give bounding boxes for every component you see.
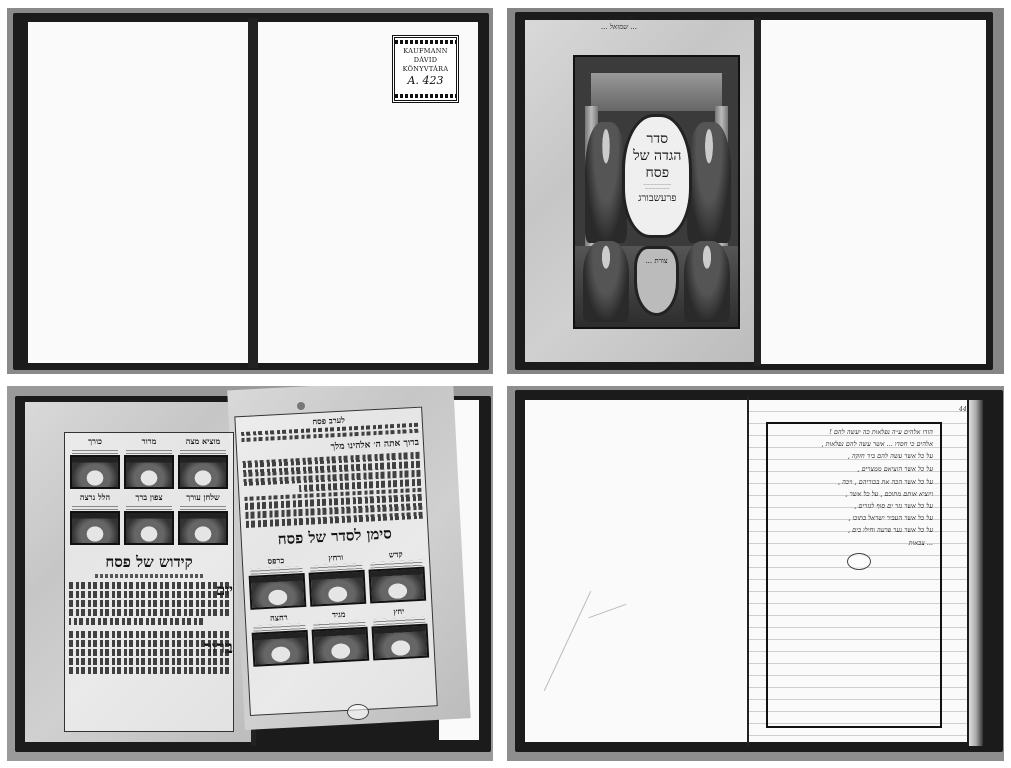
text-line xyxy=(69,600,229,607)
text-line xyxy=(69,631,229,638)
instruction-text xyxy=(180,448,226,454)
figure-aaron xyxy=(585,122,627,244)
left-page-print-block: מוציא מצה מרור כורך שלחן עורך צפון xyxy=(64,432,234,732)
imprint-place: פרעשבורג xyxy=(625,190,689,207)
title-cartouche: סדר הגדה של פסח ———————— ——————— פרעשבור… xyxy=(622,114,692,238)
seder-step-motzi-matzah: מוציא מצה xyxy=(178,436,228,455)
book-gutter xyxy=(754,18,761,366)
text-line xyxy=(69,658,229,665)
figure-solomon xyxy=(583,241,629,322)
engraved-frontispiece: סדר הגדה של פסח ———————— ——————— פרעשבור… xyxy=(573,55,740,329)
folio-number: 44 xyxy=(959,406,967,413)
book-gutter xyxy=(248,18,258,368)
stamp-line-1: KAUFMANN xyxy=(395,47,456,56)
seder-step-shulchan-orech: שלחן עורך xyxy=(178,492,228,511)
seder-step-tzafun-barech: צפון ברך xyxy=(124,492,174,511)
kiddush-subtitle xyxy=(95,574,203,578)
instruction-text xyxy=(126,504,172,510)
seder-step-korech: כורך xyxy=(70,436,120,455)
left-endpaper xyxy=(28,22,248,363)
architectural-pediment xyxy=(591,73,721,111)
library-oval-stamp xyxy=(847,553,871,570)
handwritten-line: על כל אשר עשה להם ביד חזקה , xyxy=(848,452,933,460)
text-line xyxy=(69,640,229,647)
text-line xyxy=(69,582,229,589)
library-oval-stamp xyxy=(347,704,369,720)
woodcut-vignette xyxy=(178,511,228,545)
instruction-text xyxy=(72,448,118,454)
simanim-heading: סימן לסדר של פסח xyxy=(241,522,428,551)
step-label: הלל נרצה xyxy=(70,492,120,503)
handwritten-line: על כל אשר הכה את בכוריהם , ויכה , xyxy=(838,478,933,486)
instruction-text xyxy=(126,448,172,454)
handwritten-line: על כל אשר נער פרעה וחילו בים , xyxy=(848,526,933,534)
stamp-line-2: DÁVID xyxy=(395,56,456,65)
step-label: כורך xyxy=(70,436,120,447)
seder-step-maror: מרור xyxy=(124,436,174,455)
woodcut-vignette xyxy=(252,630,310,667)
handwritten-line: אלהים כי חסדו ... אשר עשה להם נפלאות , xyxy=(821,440,933,448)
title-line-3: פסח xyxy=(625,165,689,182)
text-line xyxy=(69,667,229,674)
figure-david xyxy=(684,241,730,322)
figure-moses xyxy=(687,122,731,244)
step-label: מרור xyxy=(124,436,174,447)
photo-panel-manuscript: 44 הודו אלהים ע״ה נפלאות כה יעשה להם ! א… xyxy=(507,386,1004,761)
text-line xyxy=(69,649,229,656)
text-line xyxy=(69,591,229,598)
pin-hole xyxy=(297,402,305,410)
facing-blank-page xyxy=(761,20,986,364)
woodcut-vignette xyxy=(178,455,228,489)
woodcut-vignette xyxy=(312,627,370,664)
handwritten-line: הודו אלהים ע״ה נפלאות כה יעשה להם ! xyxy=(829,428,933,436)
handwritten-line: ויוציא אותם מתוכם , על כל אשר , xyxy=(845,490,933,498)
stamp-ornament-bottom xyxy=(395,94,456,98)
woodcut-vignette xyxy=(369,567,427,604)
shield-text: צורת ... xyxy=(645,257,667,265)
woodcut-vignette xyxy=(70,511,120,545)
text-line xyxy=(69,609,229,616)
instruction-text xyxy=(72,504,118,510)
woodcut-vignette xyxy=(124,511,174,545)
photo-panel-haggadah-spread: מוציא מצה מרור כורך שלחן עורך צפון xyxy=(7,386,493,761)
heraldic-shield: צורת ... xyxy=(634,246,680,316)
handwritten-line: על כל אשר העביר ישראל בתוכו , xyxy=(848,514,933,522)
owner-inscription: ספר של ... ... שמואל ... xyxy=(557,14,637,32)
photo-panel-endpapers: KAUFMANN DÁVID KÖNYVTÁRA A. 423 xyxy=(7,8,493,374)
handwritten-closing-line: ... צבאות xyxy=(909,539,933,547)
text-line xyxy=(69,618,203,625)
inscription-line-2: ... שמואל ... xyxy=(557,23,637,32)
instruction-text xyxy=(180,504,226,510)
stamp-line-3: KÖNYVTÁRA xyxy=(395,65,456,74)
title-line-2: הגדה של xyxy=(625,148,689,165)
woodcut-vignette xyxy=(249,573,307,610)
woodcut-vignette xyxy=(124,455,174,489)
woodcut-vignette xyxy=(371,624,429,661)
step-label: צפון ברך xyxy=(124,492,174,503)
handwritten-line: על כל אשר הוציאם ממצרים , xyxy=(857,465,933,473)
seder-step-hallel-nirtzah: הלל נרצה xyxy=(70,492,120,511)
page-edges xyxy=(969,400,983,746)
handwritten-line: על כל אשר גזר ים סוף לגזרים , xyxy=(854,502,933,510)
stamp-ornament-top xyxy=(395,40,456,44)
right-page-print-block: לערב פסח ברוך אתה ה׳ אלהינו מלך סימן לסד… xyxy=(234,407,437,716)
blank-left-leaf xyxy=(525,400,747,742)
step-label: מוציא מצה xyxy=(178,436,228,447)
woodcut-vignette xyxy=(309,570,367,607)
step-label: שלחן עורך xyxy=(178,492,228,503)
photo-panel-title-page: ספר של ... ... שמואל ... סדר הגדה של פסח… xyxy=(507,8,1004,374)
woodcut-vignette xyxy=(70,455,120,489)
kiddush-heading: קידוש של פסח xyxy=(65,553,233,572)
title-line-1: סדר xyxy=(625,131,689,148)
stamp-shelfmark: A. 423 xyxy=(395,74,456,88)
inscription-line-1: ספר של ... xyxy=(557,14,637,23)
library-stamp: KAUFMANN DÁVID KÖNYVTÁRA A. 423 xyxy=(392,35,459,103)
